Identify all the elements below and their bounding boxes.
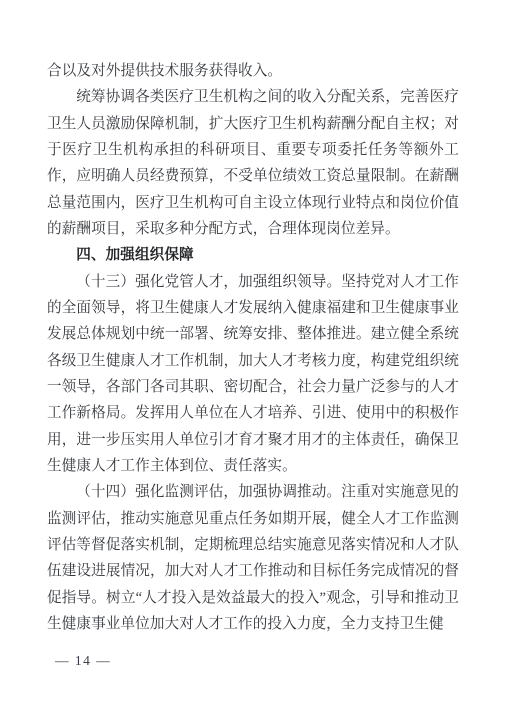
paragraph: 合以及对外提供技术服务获得收入。	[47, 58, 459, 84]
paragraph: （十三）强化党管人才，加强组织领导。坚持党对人才工作的全面领导，将卫生健康人才发…	[47, 269, 459, 480]
paragraph-lead: （十四）强化监测评估，加强协调推动。	[76, 484, 341, 500]
paragraph-lead: （十三）强化党管人才，加强组织领导。	[76, 274, 341, 290]
document-page: 合以及对外提供技术服务获得收入。统筹协调各类医疗卫生机构之间的收入分配关系，完善…	[0, 0, 505, 709]
page-number: — 14 —	[55, 653, 111, 669]
section-heading: 四、加强组织保障	[47, 242, 459, 268]
doc-body: 合以及对外提供技术服务获得收入。统筹协调各类医疗卫生机构之间的收入分配关系，完善…	[47, 58, 459, 637]
paragraph: （十四）强化监测评估，加强协调推动。注重对实施意见的监测评估，推动实施意见重点任…	[47, 479, 459, 637]
paragraph: 统筹协调各类医疗卫生机构之间的收入分配关系，完善医疗卫生人员激励保障机制，扩大医…	[47, 84, 459, 242]
